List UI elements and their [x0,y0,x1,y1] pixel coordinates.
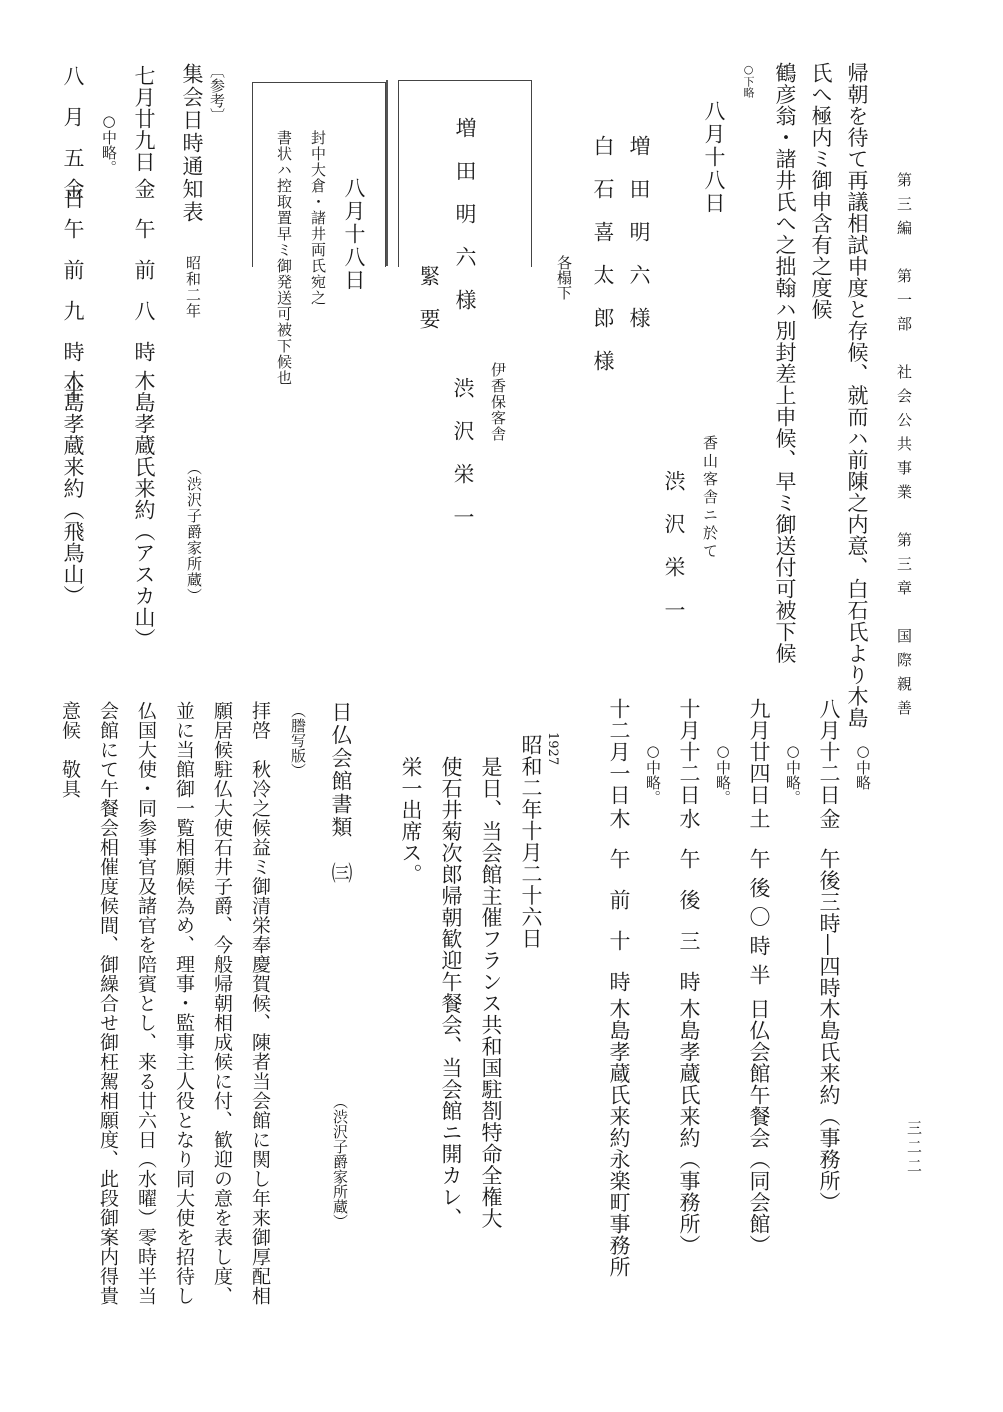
schedule-row-event: 木島孝蔵氏来約永楽町事務所 [608,998,629,1278]
note-line-1: 封中大倉・諸井両氏宛之 [310,130,325,306]
schedule-row-event: 木島孝蔵氏来約（事務所） [678,998,699,1256]
schedule-row-time: 午後三時―四時 [818,848,839,999]
document-source: （渋沢子爵家所蔵） [332,1094,347,1229]
schedule-row-event: 日仏会館午餐会（同会館） [748,998,769,1256]
note-line-2: 書状ハ控取置早ミ御発送可被下候也 [276,130,291,386]
reference-label: 〔参考〕 [209,63,224,123]
schedule-row-weekday: 土 [748,808,769,830]
schedule-row-time: 午前八時 [133,218,154,382]
document-body-line-1: 拝啓 秋冷之候益ミ御清栄奉慶賀候、陳者当会館に関し年来御厚配相 [250,701,269,1306]
letter-body-line-3: 鶴彦翁・諸井氏へ之拙翰ハ別封差上申候、早ミ御送付可被下候 [774,62,795,664]
schedule-row-date: 十二月一日 [608,698,629,806]
reference-title: 集会日時通知表 [181,63,202,224]
schedule-row-date: 七月廿九日 [133,65,154,173]
entry-body-line-2: 使石井菊次郎帰朝歓迎午餐会、当会館ニ開カレ、 [440,756,461,1229]
document-body-line-2: 願居候駐仏大使石井子爵、今般帰朝相成候に付、歓迎の意を表し度、 [212,701,231,1306]
reference-source: （渋沢子爵家所蔵） [186,460,201,604]
page-number: 三二二 [906,1120,921,1177]
schedule-omission: ○中略。 [785,742,800,805]
document-body-line-6: 意候 敬具 [60,701,79,799]
year-annotation: 1927 [546,732,559,765]
schedule-row-weekday: 木 [608,808,629,830]
letter-body-line-2: 氏へ極内ミ御申含有之度候 [810,62,831,320]
schedule-row-date: 九月廿四日 [748,698,769,806]
schedule-row-time: 午後〇時半 [748,848,769,993]
schedule-omission: ○中略。 [715,742,730,805]
addressee-2: 白 石 喜 太 郎 様 [592,135,613,372]
schedule-row-weekday: 金 [62,178,83,219]
envelope-urgent: 緊 要 [418,265,439,330]
entry-body-line-1: 是日、当会館主催フランス共和国駐剳特命全権大 [480,756,501,1229]
document-format: （謄写版） [290,703,305,778]
schedule-row-event: 木島氏来約（事務所） [818,998,839,1213]
schedule-omission: ○中略 [855,742,870,790]
schedule-row-time: 午後三時 [678,848,699,1012]
schedule-row-weekday: 金 [818,808,839,830]
document-title: 日仏会館書類 ㈢ [330,701,351,885]
document-body-line-5: 会館にて午餐会相催度候間、御繰合せ御枉駕相願度、此段御案内得貴 [98,701,117,1306]
reference-year: 昭和二年 [185,255,200,319]
letter-signer: 渋 沢 栄 一 [663,470,684,621]
envelope-sender-place: 伊香保客舎 [490,362,505,442]
schedule-row-time: 午前十時 [608,848,629,1012]
envelope-sender: 渋 沢 栄 一 [452,377,473,528]
schedule-row-weekday: 水 [678,808,699,830]
schedule-omission: ○中略。 [101,112,116,175]
schedule-row-event: 木島孝蔵氏来約（アスカ山） [133,370,154,650]
envelope-rule [386,80,388,266]
document-body-line-4: 仏国大使・同参事官及諸官を陪賓とし、来る廿六日（水曜）零時半当 [136,701,155,1306]
entry-body-line-3: 栄一出席ス。 [400,756,421,885]
letter-place: 香山客舎ニ於て [702,435,717,561]
schedule-row-weekday: 金 [133,178,154,219]
schedule-row-date: 十月十二日 [678,698,699,806]
schedule-omission: ○中略。 [645,742,660,805]
honorific: 各榻下 [556,255,571,300]
schedule-row-event: 木島孝蔵来約（飛鳥山） [62,370,83,607]
note-date: 八月十八日 [343,177,364,292]
schedule-row-date: 八月十二日 [818,698,839,806]
letter-body-line-1: 帰朝を待て再議相試申度と存候、就而ハ前陳之内意、白石氏より木島 [846,62,867,729]
entry-date: 昭和二年十月二十六日 [520,734,541,949]
omission-note: ○下略 [743,63,754,98]
running-head: 第三編 第一部 社会公共事業 第三章 国際親善 [896,172,911,724]
letter-date: 八月十八日 [703,100,724,215]
envelope-recipient: 増 田 明 六 様 [454,117,475,311]
document-body-line-3: 並に当館御一覧相願候為め、理事・監事主人役となり同大使を招待し [174,701,193,1306]
addressee-1: 増 田 明 六 様 [628,135,649,329]
